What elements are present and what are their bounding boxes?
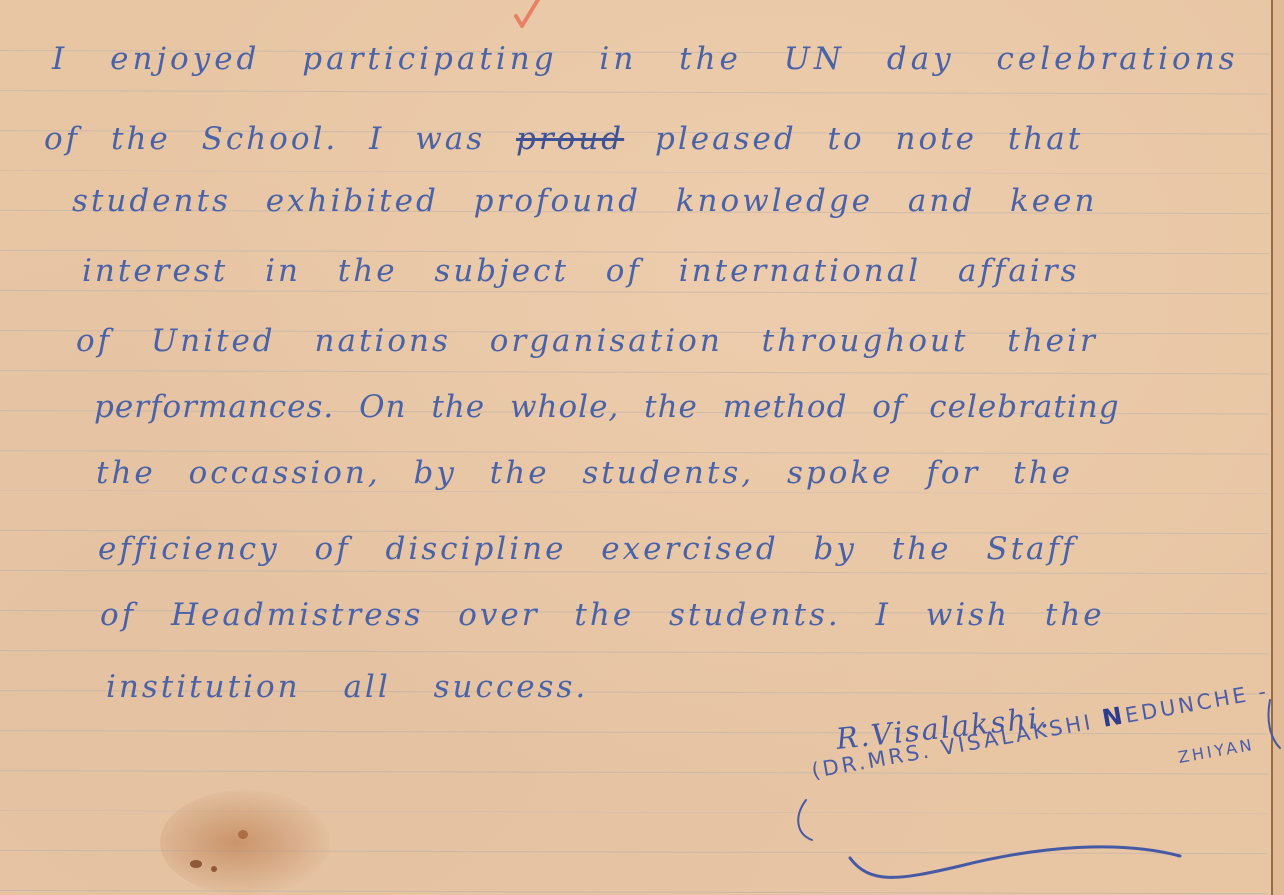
text-line-8: efficiency of discipline exercised by th… [98, 534, 1076, 565]
stain-spot [238, 830, 248, 839]
scanned-page: I enjoyed participating in the UN day ce… [0, 0, 1284, 895]
text-line-1: I enjoyed participating in the UN day ce… [52, 44, 1239, 75]
stain-spot [190, 860, 202, 868]
text-line-5: of United nations organisation throughou… [76, 326, 1098, 357]
text-line-2: of the School. I was proud pleased to no… [44, 124, 1083, 155]
text-line-2-end: pleased to note that [655, 121, 1083, 157]
stain-spot [211, 866, 217, 872]
adjacent-page-strip [1273, 0, 1284, 895]
text-line-7: the occassion, by the students, spoke fo… [96, 458, 1073, 489]
text-line-4: interest in the subject of international… [82, 256, 1080, 287]
text-line-6: performances. On the whole, the method o… [94, 392, 1120, 423]
paper-stain [160, 790, 330, 895]
check-mark-icon [512, 0, 542, 32]
text-line-9: of Headmistress over the students. I wis… [100, 600, 1105, 631]
text-line-10: institution all success. [106, 672, 588, 703]
struck-word: proud [516, 121, 624, 157]
text-line-3: students exhibited profound knowledge an… [72, 186, 1097, 217]
text-line-2-start: of the School. I was [44, 121, 485, 157]
